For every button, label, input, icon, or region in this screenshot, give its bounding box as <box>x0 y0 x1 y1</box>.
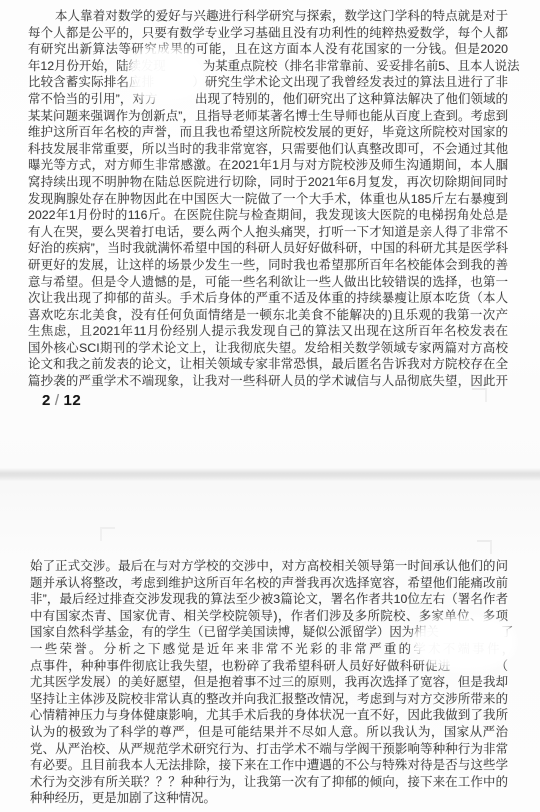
text-line: 2022年1月份时的116斤。在医院住院与检查期间，我发现该大医院的电梯拐角处总… <box>28 207 508 224</box>
redaction-blur <box>412 617 515 671</box>
page-indicator-slash: / <box>51 392 64 409</box>
text-line: 尤其医学发展）的美好愿望，但是抱着事不过三的原则，我再次选择了宽容，但是我却 <box>30 674 508 691</box>
text-line: 意与希望。但是令人遗憾的是，可能一些名利欲让一些人做出比较错误的选择，也第一 <box>28 274 508 291</box>
corner-mark <box>477 540 492 554</box>
text-line: 科技发展非常重要，所以当时的我非常宽容，只需要他们认真整改即可，不会通过其他 <box>28 141 508 158</box>
text-line: 种种经历，更是加剧了这种情况。 <box>30 790 508 807</box>
text-line: 认为的极致为了科学的尊严，但是可能结果并不尽如人意。所以我认为，国家从严治 <box>30 724 508 741</box>
text-line: 发现胸腺处存在肿物因此在中国医大一院做了一个大手术，体重也从185斤左右暴瘦到 <box>28 191 508 208</box>
text-line: 喜欢吃东北美食，没有任何负面情绪是一顿东北美食不能解决的)且乐观的我第一次产 <box>28 307 508 324</box>
text-line: 年12月份开始，陆续发现 为某重点院校（排名非常靠前、妥妥排名前5、且本人说法 <box>28 58 508 75</box>
document-viewer[interactable]: 本人靠着对数学的爱好与兴趣进行科学研究与探索，数学这门学科的特点就是对于每个人都… <box>0 0 540 812</box>
text-line: 有必要。且目前我本人无法排除，接下来在工作中遭遇的不公与特殊对待是否与这些学 <box>30 757 508 774</box>
text-line: 有研究出新算法等研究成果的可能，且在这方面本人没有花国家的一分钱。但是2020 <box>28 41 508 58</box>
redaction-blur <box>129 47 205 102</box>
text-line: 论文和我之前发表的论文，让相关领域专家非常恐惧，最后匿名告诉我对方院校存在全 <box>28 356 508 373</box>
text-line: 非”，最后经过排查交涉发现我的算法至少被3篇论文，署名作者共10位左右（署名作者 <box>30 591 508 608</box>
text-line: 坚持让主体涉及院校非常认真的整改并向我汇报整改情况，考虑到与对方交涉所带来的 <box>30 691 508 708</box>
text-line: 党、从严治校、从严规范学术研究行为、打击学术不端与学阀干预影响等种种行为非常 <box>30 741 508 758</box>
total-page-count: 12 <box>64 392 82 409</box>
text-line: 某某问题来强调作为创新点”，且指导老师某著名博士生导师也能从百度上查到。考虑到 <box>28 108 508 125</box>
current-page-number: 2 <box>42 392 51 409</box>
text-line: 始了正式交涉。最后在与对方学校的交涉中，对方高校相关领导第一时间承认他们的问 <box>30 558 508 575</box>
text-line: 有人在哭，要么哭着打电话，要么两个人抱头痛哭，打听一下才知道是亲人得了非常不 <box>28 224 508 241</box>
text-line: 维护这所百年名校的声誉，而且我也希望这所院校发展的更好，毕竟这所院校对国家的 <box>28 124 508 141</box>
text-line: 窝持续出现不明肿物在陆总医院进行切除，同时于2021年6月复发，再次切除期间同时 <box>28 174 508 191</box>
text-line: 篇抄袭的严重学术不端现象，让我对一些科研人员的学术诚信与人品彻底失望，因此开 <box>28 373 508 390</box>
text-line: 好治的疾病”，当时我就满怀希望中国的科研人员好好做科研，中国的科研尤其是医学科 <box>28 240 508 257</box>
text-line: 常不恰当的引用”，对方 出现了特别的，他们研究出了这种算法解决了他们领域的 <box>28 91 508 108</box>
page2-text: 本人靠着对数学的爱好与兴趣进行科学研究与探索，数学这门学科的特点就是对于每个人都… <box>28 8 508 390</box>
page3-text: 始了正式交涉。最后在与对方学校的交涉中，对方高校相关领导第一时间承认他们的问题并… <box>30 558 508 807</box>
text-line: 生焦虑，且2021年11月份经别人提示我发现自己的算法又出现在这所百年名校发表在 <box>28 323 508 340</box>
text-line: 心情精神压力与身体健康影响，尤其手术后我的身体状况一直不好，因此我做到了我所 <box>30 707 508 724</box>
page-separator <box>0 468 540 481</box>
text-line: 研更好的发展，让这样的场景少发生一些，同时我也希望那所百年名校能体会到我的善 <box>28 257 508 274</box>
text-line: 题并承认将整改，考虑到维护这所百年名校的声誉我再次选择宽容，希望他们能痛改前 <box>30 575 508 592</box>
corner-mark <box>100 527 115 541</box>
text-line: 术行为交涉有所关联？？？种种行为，让我第一次有了抑郁的倾向，接下来在工作中的 <box>30 774 508 791</box>
text-line: 比较含蓄实际排名应排 ）研究生学术论文出现了我曾经发表过的算法且进行了非 <box>28 74 508 91</box>
text-line: 每个人都是公平的，只要有数学专业学习基础且没有功利性的纯粹热爱数学，每个人都 <box>28 25 508 42</box>
page-indicator: 2/12 <box>42 392 81 409</box>
text-line: 本人靠着对数学的爱好与兴趣进行科学研究与探索，数学这门学科的特点就是对于 <box>28 8 508 25</box>
corner-mark <box>472 388 487 402</box>
text-line: 国外核心SCI期刊的学术论文上，让我彻底失望。发给相关数学领域专家两篇对方高校 <box>28 340 508 357</box>
text-line: 曝光等方式，对方师生非常感激。在2021年1月与对方院校涉及师生沟通期间，本人腘 <box>28 157 508 174</box>
text-line: 次让我出现了抑郁的苗头。手术后身体的严重不适及体重的持续暴瘦让原本吃货（本人 <box>28 290 508 307</box>
